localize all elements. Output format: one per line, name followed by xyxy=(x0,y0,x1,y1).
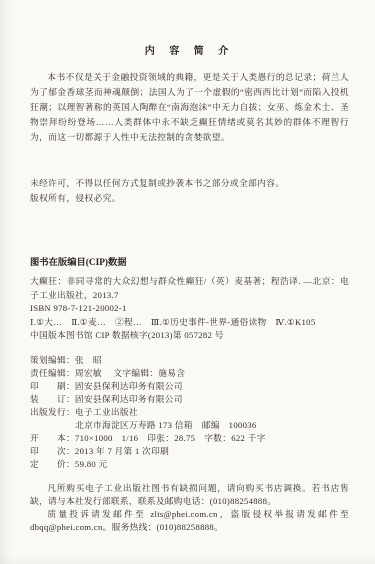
service-note-exchange: 凡所购买电子工业出版社图书有缺损问题，请向购买书店调换。若书店售缺，请与本社发行… xyxy=(30,482,349,508)
pub-line-price: 定 价：59.80 元 xyxy=(30,458,349,471)
cip-isbn: ISBN 978-7-121-20002-1 xyxy=(30,302,349,316)
pub-line-address: 北京市海淀区万寿路 173 信箱 邮编 100036 xyxy=(30,419,349,432)
cip-heading: 图书在版编目(CIP)数据 xyxy=(30,254,349,268)
copyright-notice: 未经许可，不得以任何方式复制或抄袭本书之部分或全部内容。 版权所有，侵权必究。 xyxy=(30,176,349,205)
cip-registry-number: 中国版本图书馆 CIP 数据核字(2013)第 057282 号 xyxy=(30,329,349,343)
copyright-notice-line-2: 版权所有，侵权必究。 xyxy=(30,191,349,206)
pub-line-planning-editor: 策划编辑：张 昭 xyxy=(30,354,349,367)
publication-info-block: 策划编辑：张 昭 责任编辑：周宏敏 文字编辑：施易含 印 刷：固安县保利达印务有… xyxy=(30,354,349,471)
book-copyright-page: 内 容 简 介 本书不仅是关于金融投资领域的典籍，更是关于人类愚行的总记录；荷兰… xyxy=(0,0,375,564)
cip-classification: Ⅰ.①大… Ⅱ.①麦… ②程… Ⅲ.①历史事件-世界-通俗读物 Ⅳ.①K105 xyxy=(30,316,349,330)
intro-title: 内 容 简 介 xyxy=(30,42,349,57)
intro-paragraph: 本书不仅是关于金融投资领域的典籍，更是关于人类愚行的总记录；荷兰人为了郁金香球茎… xyxy=(30,70,349,145)
copyright-notice-line-1: 未经许可，不得以任何方式复制或抄袭本书之部分或全部内容。 xyxy=(30,176,349,191)
pub-line-format: 开 本：710×1000 1/16 印张：28.75 字数：622 千字 xyxy=(30,432,349,445)
pub-line-responsible-editor: 责任编辑：周宏敏 文字编辑：施易含 xyxy=(30,367,349,380)
service-note-contact: 质量投诉请发邮件至 zlts@phei.com.cn，盗版侵权举报请发邮件至 d… xyxy=(30,508,349,534)
cip-data-block: 大癫狂：非同寻常的大众幻想与群众性癫狂/（英）麦基著；程浩译. —北京：电子工业… xyxy=(30,275,349,343)
pub-line-printer: 印 刷：固安县保利达印务有限公司 xyxy=(30,380,349,393)
service-notes: 凡所购买电子工业出版社图书有缺损问题，请向购买书店调换。若书店售缺，请与本社发行… xyxy=(30,482,349,534)
pub-line-binder: 装 订：固安县保利达印务有限公司 xyxy=(30,393,349,406)
page-content: 内 容 简 介 本书不仅是关于金融投资领域的典籍，更是关于人类愚行的总记录；荷兰… xyxy=(0,0,375,534)
pub-line-publisher: 出版发行：电子工业出版社 xyxy=(30,406,349,419)
cip-title-line: 大癫狂：非同寻常的大众幻想与群众性癫狂/（英）麦基著；程浩译. —北京：电子工业… xyxy=(30,275,349,302)
pub-line-print-run: 印 次：2013 年 7 月第 1 次印刷 xyxy=(30,445,349,458)
